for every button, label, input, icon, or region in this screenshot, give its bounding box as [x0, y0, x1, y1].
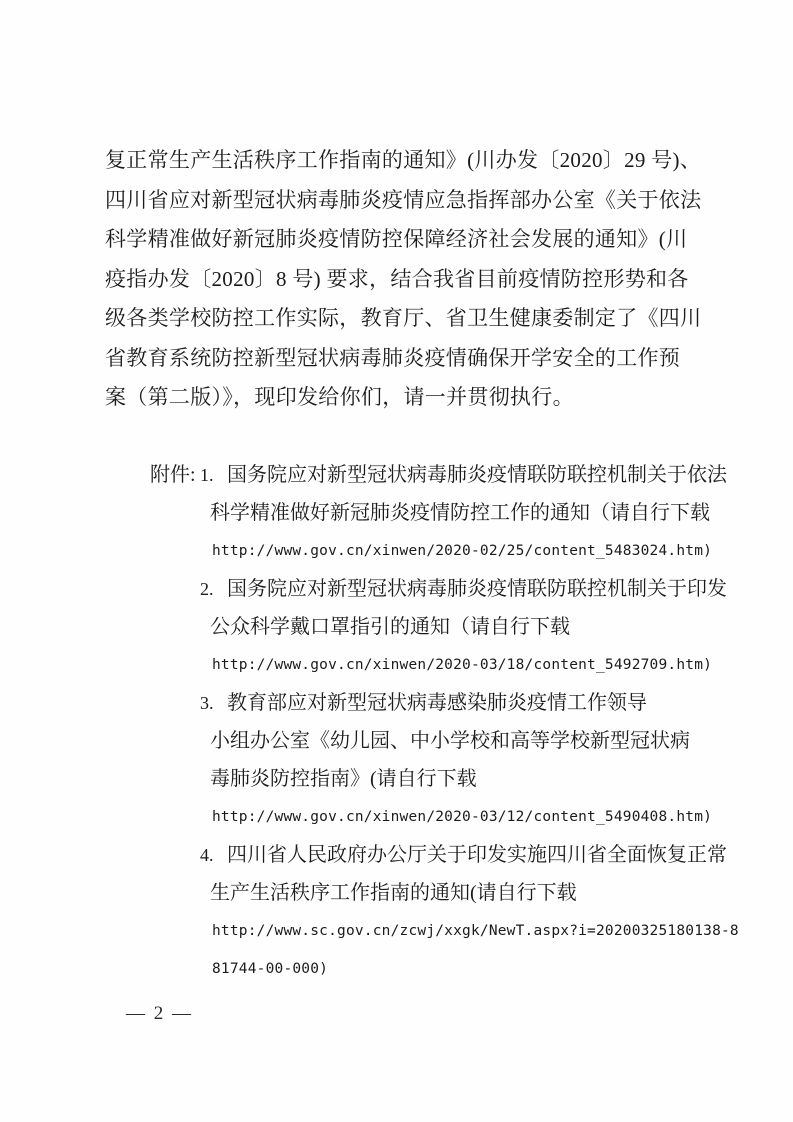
attachment-url-line: http://www.sc.gov.cn/zcwj/xxgk/NewT.aspx…	[200, 912, 730, 950]
attachment-item-number: 4.	[200, 836, 227, 874]
attachment-url-line: http://www.gov.cn/xinwen/2020-02/25/cont…	[200, 532, 730, 570]
attachment-item-title: 国务院应对新型冠状病毒肺炎疫情联防联控机制关于依法	[227, 464, 727, 486]
attachments-section: 附件: 1.国务院应对新型冠状病毒肺炎疫情联防联控机制关于依法科学精准做好新冠肺…	[150, 456, 730, 988]
attachment-item-number: 2.	[200, 570, 227, 608]
attachment-item: 1.国务院应对新型冠状病毒肺炎疫情联防联控机制关于依法科学精准做好新冠肺炎疫情防…	[200, 456, 730, 570]
attachment-text-line: 公众科学戴口罩指引的通知（请自行下载	[200, 608, 730, 646]
attachment-item: 4.四川省人民政府办公厅关于印发实施四川省全面恢复正常生产生活秩序工作指南的通知…	[200, 836, 730, 988]
paragraph-line: 省教育系统防控新型冠状病毒肺炎疫情确保开学安全的工作预	[105, 339, 711, 379]
attachment-item: 3.教育部应对新型冠状病毒感染肺炎疫情工作领导小组办公室《幼儿园、中小学校和高等…	[200, 684, 730, 836]
paragraph-line: 案（第二版）》，现印发给你们，请一并贯彻执行。	[105, 378, 711, 418]
attachments-list: 1.国务院应对新型冠状病毒肺炎疫情联防联控机制关于依法科学精准做好新冠肺炎疫情防…	[200, 456, 730, 988]
attachment-text-line: 生产生活秩序工作指南的通知(请自行下载	[200, 874, 730, 912]
attachment-url-line: http://www.gov.cn/xinwen/2020-03/12/cont…	[200, 798, 730, 836]
attachment-text-line: 3.教育部应对新型冠状病毒感染肺炎疫情工作领导	[200, 684, 730, 722]
attachment-text-line: 4.四川省人民政府办公厅关于印发实施四川省全面恢复正常	[200, 836, 730, 874]
attachment-item-title: 教育部应对新型冠状病毒感染肺炎疫情工作领导	[227, 692, 647, 714]
attachment-text-line: 科学精准做好新冠肺炎疫情防控工作的通知（请自行下载	[200, 494, 730, 532]
attachment-item-number: 3.	[200, 684, 227, 722]
document-page: 复正常生产生活秩序工作指南的通知》(川办发〔2020〕29 号)、四川省应对新型…	[0, 0, 793, 1122]
attachment-url-line: http://www.gov.cn/xinwen/2020-03/18/cont…	[200, 646, 730, 684]
body-paragraph: 复正常生产生活秩序工作指南的通知》(川办发〔2020〕29 号)、四川省应对新型…	[105, 141, 711, 418]
attachment-text-line: 2.国务院应对新型冠状病毒肺炎疫情联防联控机制关于印发	[200, 570, 730, 608]
paragraph-line: 疫指办发〔2020〕8 号) 要求，结合我省目前疫情防控形势和各	[105, 260, 711, 300]
attachments-label: 附件:	[150, 456, 196, 494]
page-number: — 2 —	[126, 1003, 193, 1025]
attachment-url-line: 81744-00-000)	[200, 950, 730, 988]
paragraph-line: 科学精准做好新冠肺炎疫情防控保障经济社会发展的通知》(川	[105, 220, 711, 260]
attachment-item-title: 四川省人民政府办公厅关于印发实施四川省全面恢复正常	[227, 844, 727, 866]
attachment-text-line: 小组办公室《幼儿园、中小学校和高等学校新型冠状病	[200, 722, 730, 760]
paragraph-line: 复正常生产生活秩序工作指南的通知》(川办发〔2020〕29 号)、	[105, 141, 711, 181]
paragraph-line: 四川省应对新型冠状病毒肺炎疫情应急指挥部办公室《关于依法	[105, 181, 711, 221]
paragraph-line: 级各类学校防控工作实际，教育厅、省卫生健康委制定了《四川	[105, 299, 711, 339]
attachment-item: 2.国务院应对新型冠状病毒肺炎疫情联防联控机制关于印发公众科学戴口罩指引的通知（…	[200, 570, 730, 684]
attachment-text-line: 毒肺炎防控指南》(请自行下载	[200, 760, 730, 798]
attachment-item-title: 国务院应对新型冠状病毒肺炎疫情联防联控机制关于印发	[227, 578, 727, 600]
attachment-item-number: 1.	[200, 456, 227, 494]
attachment-text-line: 1.国务院应对新型冠状病毒肺炎疫情联防联控机制关于依法	[200, 456, 730, 494]
